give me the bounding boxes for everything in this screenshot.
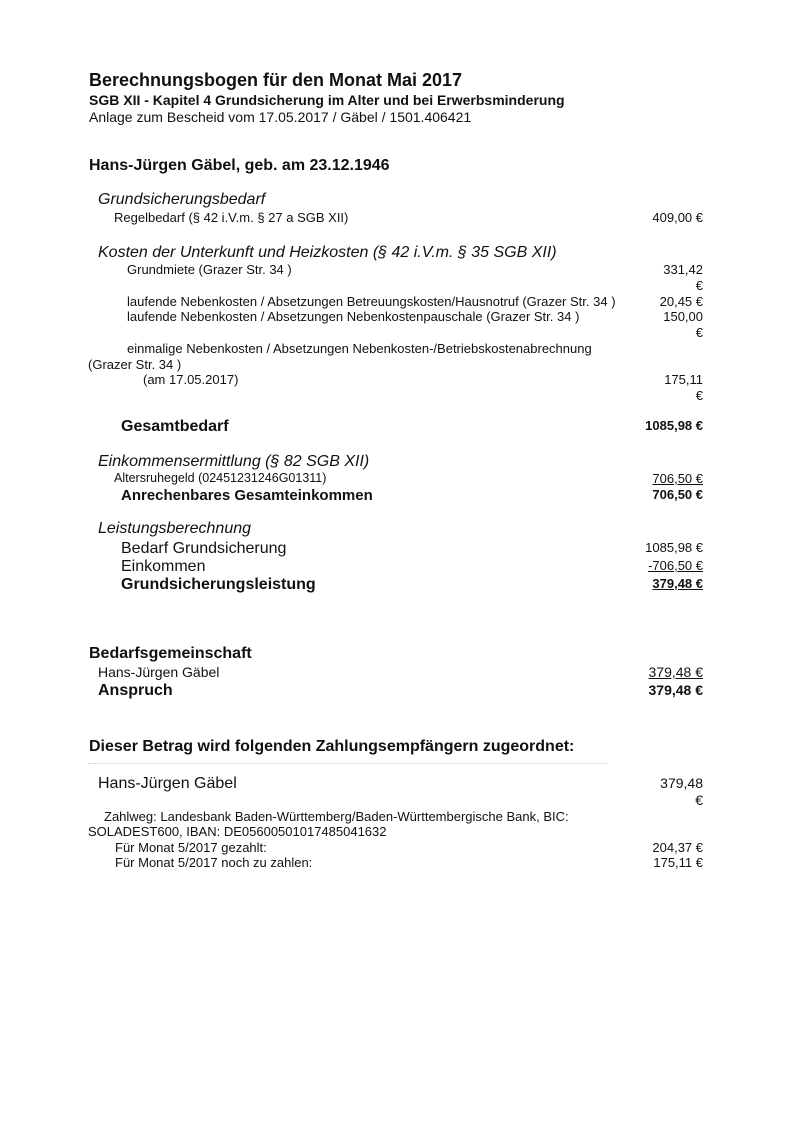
section-heading-unterkunft: Kosten der Unterkunft und Heizkosten (§ … [98, 244, 557, 262]
person-heading: Hans-Jürgen Gäbel, geb. am 23.12.1946 [89, 157, 390, 175]
nebenkostenpauschale-label: laufende Nebenkosten / Absetzungen Neben… [127, 309, 579, 324]
bedarf-grundsicherung-amount: 1085,98 € [645, 540, 703, 555]
nebenkostenpauschale-currency: € [696, 325, 703, 340]
document-title: Berechnungsbogen für den Monat Mai 2017 [89, 70, 462, 91]
zahlung-heading: Dieser Betrag wird folgenden Zahlungsemp… [89, 738, 574, 756]
regelbedarf-amount: 409,00 € [652, 210, 703, 225]
grundmiete-currency: € [696, 278, 703, 293]
anspruch-label: Anspruch [98, 682, 173, 700]
einmalige-nebenkosten-currency: € [696, 388, 703, 403]
zahlung-recipient-amount: 379,48 [660, 775, 703, 791]
grundsicherungsleistung-amount: 379,48 € [652, 576, 703, 591]
einkommen-amount: -706,50 € [648, 558, 703, 573]
gesamtbedarf-label: Gesamtbedarf [121, 418, 229, 436]
bedarfsgemeinschaft-member-amount: 379,48 € [649, 664, 704, 680]
paid-label: Für Monat 5/2017 gezahlt: [115, 840, 267, 855]
dotted-divider [88, 763, 608, 765]
anspruch-amount: 379,48 € [649, 682, 704, 698]
paid-amount: 204,37 € [652, 840, 703, 855]
section-heading-einkommen: Einkommensermittlung (§ 82 SGB XII) [98, 453, 369, 471]
betreuungskosten-amount: 20,45 € [660, 294, 703, 309]
grundmiete-amount: 331,42 [663, 262, 703, 277]
due-label: Für Monat 5/2017 noch zu zahlen: [115, 855, 312, 870]
anrechenbares-einkommen-amount: 706,50 € [652, 487, 703, 502]
regelbedarf-label: Regelbedarf (§ 42 i.V.m. § 27 a SGB XII) [114, 210, 348, 225]
einmalige-nebenkosten-date: (am 17.05.2017) [143, 372, 238, 387]
section-heading-leistung: Leistungsberechnung [98, 520, 251, 538]
due-amount: 175,11 € [653, 855, 703, 870]
bedarfsgemeinschaft-heading: Bedarfsgemeinschaft [89, 645, 252, 663]
einmalige-nebenkosten-label: einmalige Nebenkosten / Absetzungen Nebe… [127, 341, 592, 356]
document-reference: Anlage zum Bescheid vom 17.05.2017 / Gäb… [89, 109, 471, 125]
anrechenbares-einkommen-label: Anrechenbares Gesamteinkommen [121, 487, 373, 504]
zahlung-recipient: Hans-Jürgen Gäbel [98, 775, 237, 793]
grundsicherungsleistung-label: Grundsicherungsleistung [121, 576, 316, 594]
zahlweg-line1: Zahlweg: Landesbank Baden-Württemberg/Ba… [104, 809, 569, 824]
zahlweg-line2: SOLADEST600, IBAN: DE0560050101748504163… [88, 824, 387, 839]
bedarfsgemeinschaft-member: Hans-Jürgen Gäbel [98, 664, 219, 680]
nebenkostenpauschale-amount: 150,00 [663, 309, 703, 324]
einmalige-nebenkosten-amount: 175,11 [664, 372, 703, 387]
grundmiete-label: Grundmiete (Grazer Str. 34 ) [127, 262, 292, 277]
section-heading-grundsicherungsbedarf: Grundsicherungsbedarf [98, 191, 265, 209]
betreuungskosten-label: laufende Nebenkosten / Absetzungen Betre… [127, 294, 616, 309]
altersruhegeld-amount: 706,50 € [652, 471, 703, 486]
gesamtbedarf-amount: 1085,98 € [645, 418, 703, 433]
bedarf-grundsicherung-label: Bedarf Grundsicherung [121, 540, 286, 558]
altersruhegeld-label: Altersruhegeld (02451231246G01311) [114, 471, 326, 485]
document-page: Berechnungsbogen für den Monat Mai 2017 … [0, 0, 806, 1136]
einkommen-label: Einkommen [121, 558, 205, 576]
document-subtitle: SGB XII - Kapitel 4 Grundsicherung im Al… [89, 92, 565, 108]
einmalige-nebenkosten-address: (Grazer Str. 34 ) [88, 357, 181, 372]
zahlung-recipient-currency: € [695, 792, 703, 808]
